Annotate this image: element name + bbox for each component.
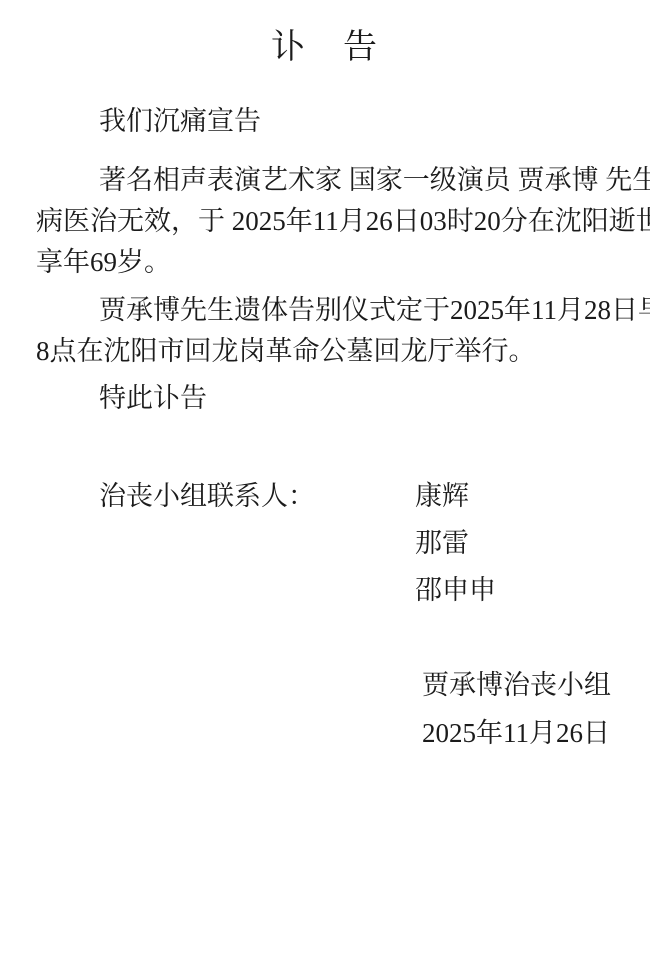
contacts-label-spacer [99,567,415,614]
farewell-ceremony-paragraph: 贾承博先生遗体告别仪式定于2025年11月28日早上 8点在沈阳市回龙岗革命公墓… [0,290,650,372]
contact-name: 康辉 [415,473,469,520]
closing-statement: 特此讣告 [36,378,614,419]
opening-statement: 我们沉痛宣告 [36,101,614,142]
signature-section: 贾承博治丧小组 2025年11月26日 [422,661,650,757]
paragraph-line: 贾承博先生遗体告别仪式定于2025年11月28日早上 [36,290,614,331]
contact-row: 治丧小组联系人： 康辉 [99,473,650,520]
paragraph-line: 著名相声表演艺术家 国家一级演员 贾承博 先生因 [36,160,614,201]
paragraph-line: 享年69岁。 [36,242,614,283]
contacts-label-spacer [99,520,415,567]
contacts-label: 治丧小组联系人： [99,473,415,520]
contacts-section: 治丧小组联系人： 康辉 那雷 邵申申 [0,473,650,614]
paragraph-line: 8点在沈阳市回龙岗革命公墓回龙厅举行。 [36,331,614,372]
document-title: 讣 告 [0,0,650,68]
obituary-document: 讣 告 我们沉痛宣告 著名相声表演艺术家 国家一级演员 贾承博 先生因 病医治无… [0,0,650,974]
contact-row: 邵申申 [99,567,650,614]
paragraph-line: 病医治无效，于 2025年11月26日03时20分在沈阳逝世 [36,201,614,242]
signature-date: 2025年11月26日 [422,709,650,757]
contact-name: 那雷 [415,520,469,567]
contact-row: 那雷 [99,520,650,567]
death-announcement-paragraph: 著名相声表演艺术家 国家一级演员 贾承博 先生因 病医治无效，于 2025年11… [0,160,650,283]
signature-group: 贾承博治丧小组 [422,661,650,709]
contact-name: 邵申申 [415,567,496,614]
